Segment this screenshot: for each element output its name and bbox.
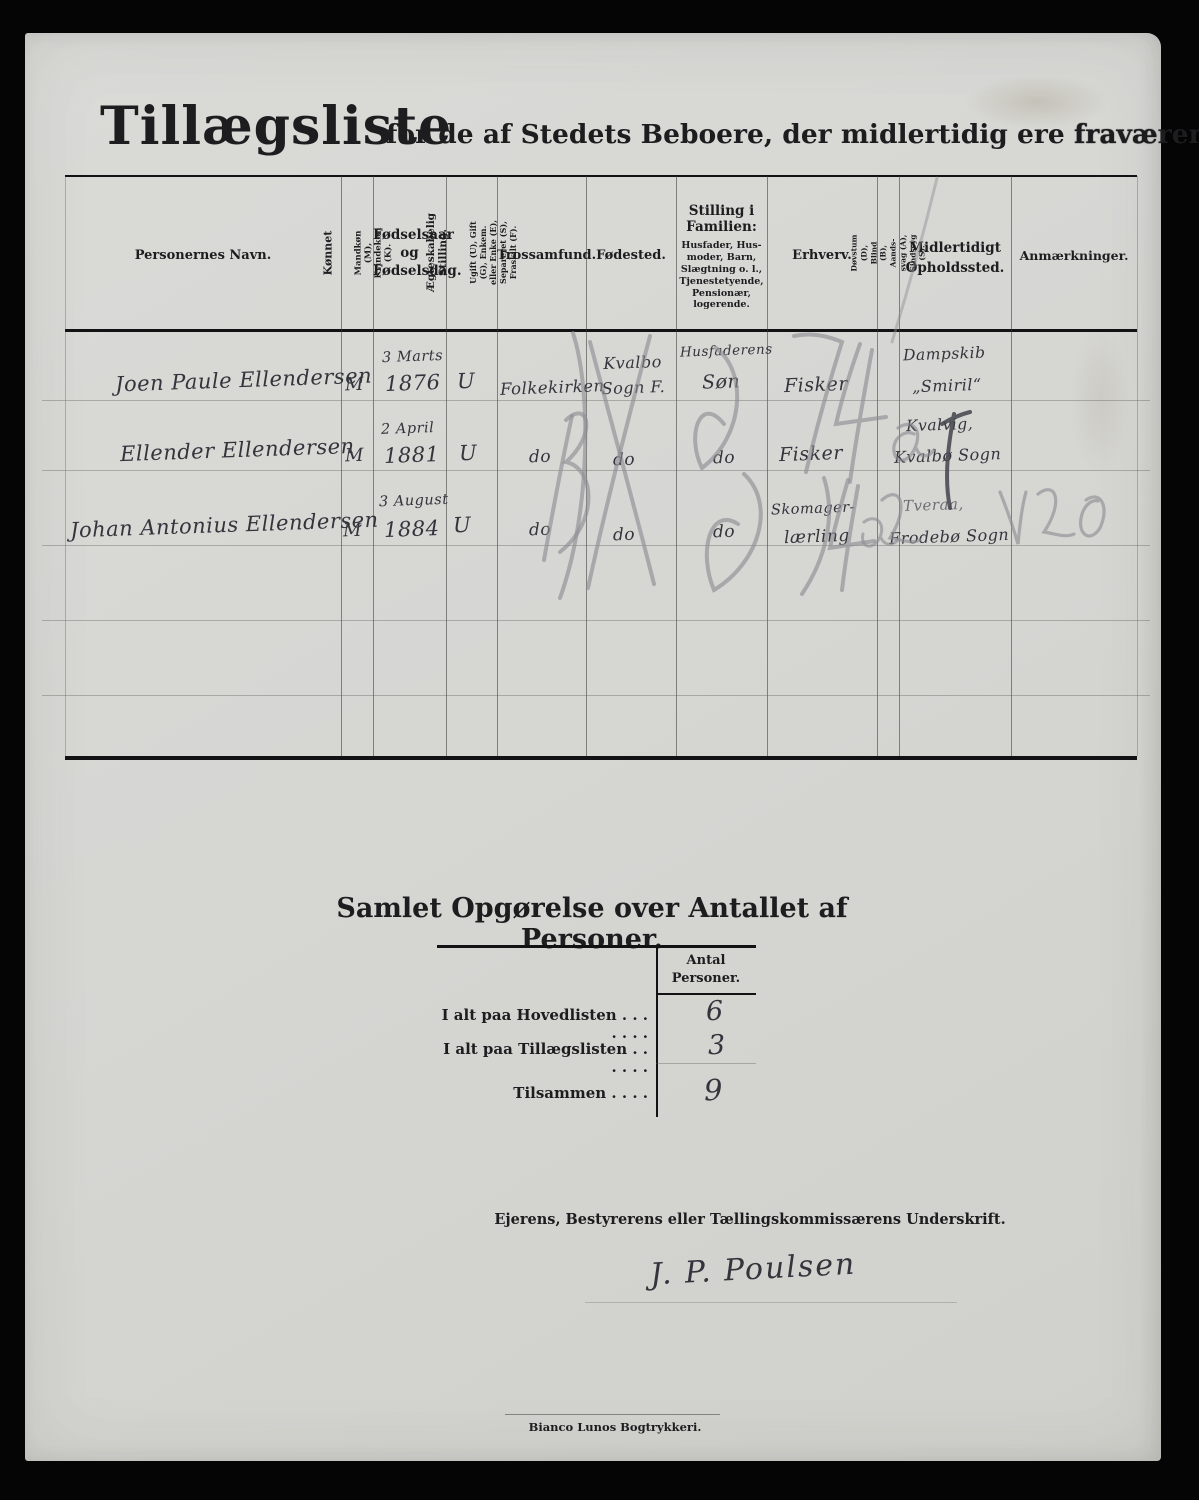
summary-label-tillaegslisten: I alt paa Tillægslisten . . . . . . — [437, 1040, 648, 1076]
row-line — [42, 545, 1150, 546]
row3-occupation-line1: Skomager- — [771, 500, 856, 519]
summary-top-rule — [437, 945, 756, 948]
row-line — [42, 470, 1150, 471]
column-header-temp-residence: Midlertidigt Opholdssted. — [899, 238, 1011, 279]
column-header-sex-main: Kønnet — [321, 227, 334, 278]
page-subtitle: for de af Stedets Beboere, der midlertid… — [386, 119, 1199, 150]
signature-label: Ejerens, Bestyrerens eller Tællingskommi… — [470, 1211, 1030, 1228]
summary-column-header: Antal Personer. — [656, 952, 756, 988]
row3-residence-line1: Tveraa, — [903, 495, 964, 515]
column-line — [1011, 176, 1012, 756]
column-header-disabilities: Døvstum (D), Blind (B), Aands- svag (A),… — [877, 176, 899, 329]
column-header-birthplace: Fødested. — [586, 248, 676, 263]
row1-religion: Folkekirken — [500, 376, 605, 399]
row3-sex: M — [343, 520, 363, 542]
row1-family-line2: Søn — [702, 370, 741, 393]
column-line — [586, 176, 587, 756]
column-header-sex: Kønnet Mandkøn (M), Kvindekøn (K). — [341, 176, 373, 329]
table-top-rule — [65, 175, 1137, 177]
row3-religion: do — [529, 520, 552, 541]
column-header-marital: Ægteskabelig Stilling. Ugift (U), Gift (… — [446, 176, 497, 329]
row1-marital: U — [457, 369, 476, 394]
row3-occupation-line2: lærling — [784, 526, 850, 548]
row3-family: do — [713, 522, 736, 543]
row2-occupation: Fisker — [779, 442, 844, 466]
footer-rule — [505, 1414, 720, 1415]
row2-family: do — [713, 448, 736, 469]
printer-imprint: Bianco Lunos Bogtrykkeri. — [455, 1420, 775, 1434]
row1-residence-line2: „Smiril“ — [912, 375, 982, 396]
header-bottom-rule — [65, 329, 1137, 332]
column-line — [65, 176, 66, 756]
column-header-marital-main: Ægteskabelig Stilling. — [425, 213, 449, 292]
row2-birth-year: 1881 — [384, 442, 440, 468]
row1-birth-year: 1876 — [385, 370, 441, 396]
row3-marital: U — [453, 513, 472, 538]
row1-birthplace: Kvalbo Sogn F. — [589, 350, 677, 403]
column-header-name: Personernes Navn. — [65, 248, 341, 263]
summary-value-tillaegslisten: 3 — [707, 1030, 726, 1062]
row2-birthplace: do — [613, 450, 636, 471]
column-header-family-main: Stilling i Familien: — [676, 203, 767, 235]
row2-residence-line1: Kvalvig, — [906, 415, 974, 435]
scanned-census-page: Tillægsliste for de af Stedets Beboere, … — [0, 0, 1199, 1500]
table-bottom-rule — [65, 756, 1137, 760]
row3-birth-year: 1884 — [384, 516, 440, 542]
column-header-remarks: Anmærkninger. — [1011, 248, 1137, 263]
row1-residence-line1: Dampskib — [903, 344, 986, 365]
summary-label-tilsammen: Tilsammen . . . . — [437, 1084, 648, 1102]
row1-birth-day: 3 Marts — [382, 348, 444, 366]
column-header-religion: Trossamfund. — [497, 248, 586, 263]
row2-marital: U — [459, 441, 478, 466]
subtitle-emphasis: fraværende. — [1074, 119, 1199, 150]
row2-religion: do — [529, 447, 552, 468]
summary-label-hovedlisten: I alt paa Hovedlisten . . . . . . . — [437, 1006, 648, 1042]
row2-sex: M — [345, 445, 365, 467]
row1-family-line1: Husfaderens — [680, 341, 773, 360]
row1-sex: M — [345, 374, 365, 396]
column-line — [1137, 176, 1138, 756]
row3-birthplace: do — [613, 525, 636, 546]
column-line — [767, 176, 768, 756]
summary-subtotal-rule — [656, 1063, 756, 1064]
row2-residence-line2: Kvalbø Sogn — [894, 444, 1002, 467]
row-line — [42, 620, 1150, 621]
summary-header-rule — [656, 993, 756, 995]
row1-occupation: Fisker — [784, 373, 849, 397]
row2-birth-day: 2 April — [381, 420, 435, 438]
signature-line — [585, 1302, 957, 1303]
column-header-family-sub: Husfader, Hus- moder, Barn, Slægtning o.… — [676, 240, 767, 311]
summary-value-hovedlisten: 6 — [705, 996, 724, 1028]
row3-birth-day: 3 August — [379, 492, 449, 510]
summary-value-tilsammen: 9 — [703, 1073, 723, 1108]
subtitle-text: for de af Stedets Beboere, der midlertid… — [386, 119, 1065, 150]
row-line — [42, 695, 1150, 696]
